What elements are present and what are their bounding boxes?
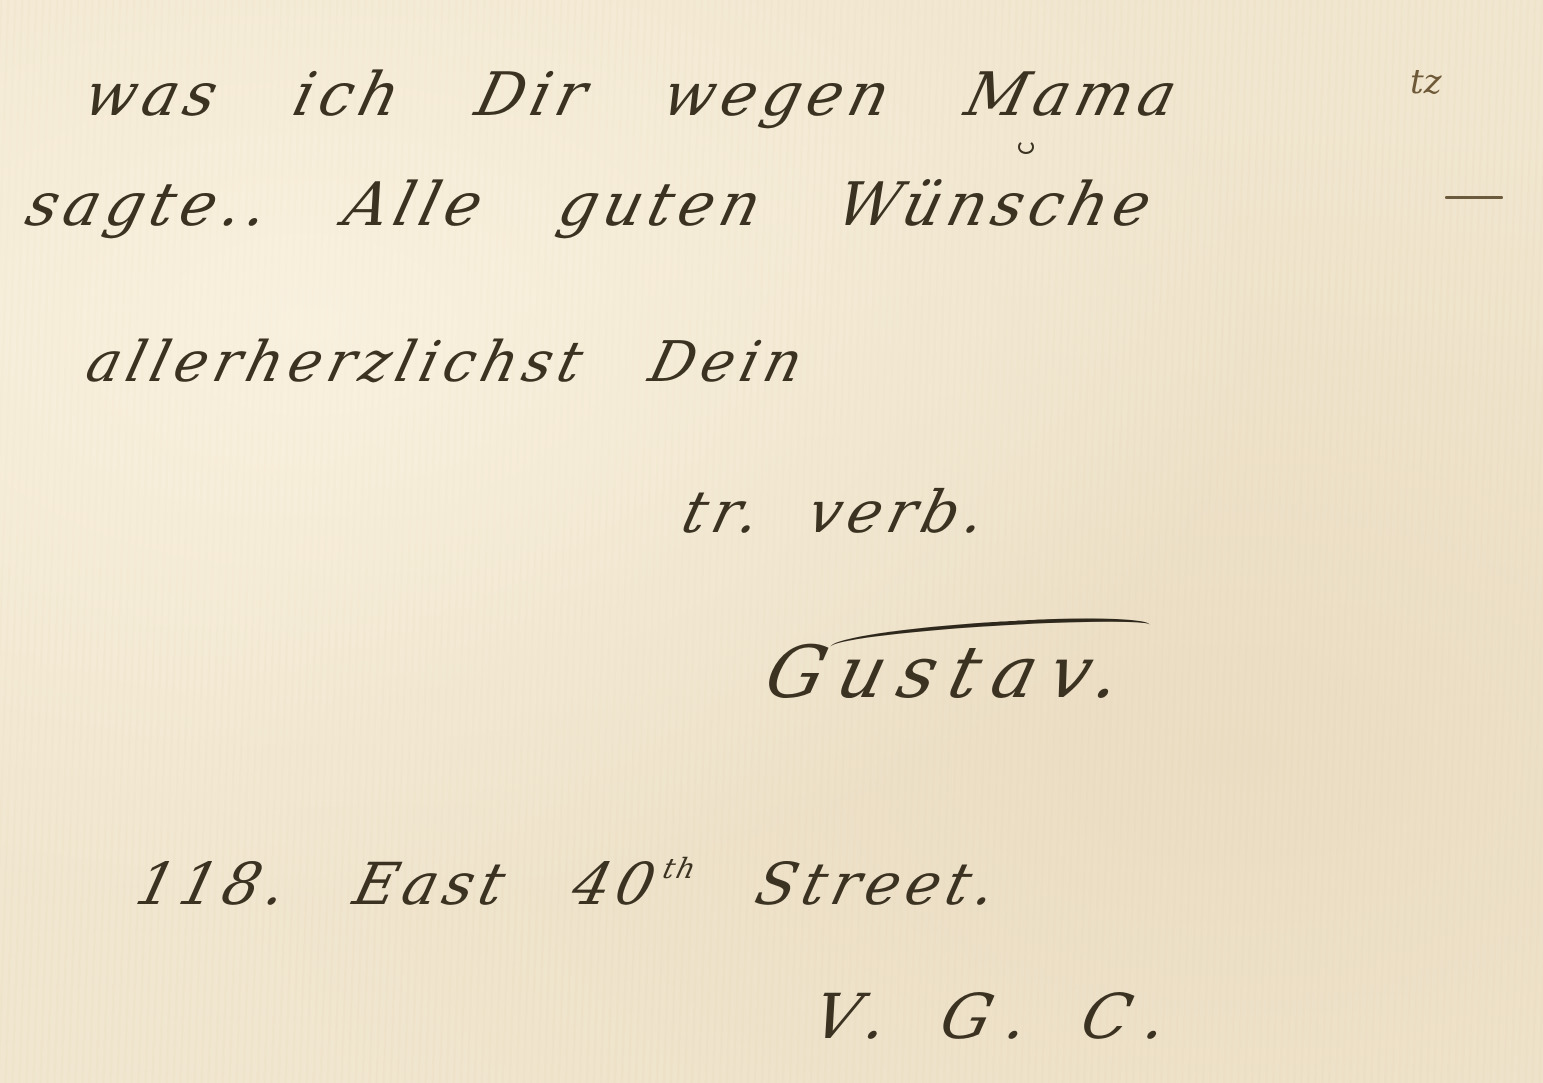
diacritic-ring-mark [1018, 140, 1034, 154]
address-number-street: 118. East 40 [130, 850, 669, 918]
letter-line-3: allerherzlichst Dein [80, 330, 815, 395]
letter-line-2: sagte.. Alle guten Wünsche [19, 170, 1164, 240]
letter-page: was ich Dir wegen Mama tz sagte.. Alle g… [0, 0, 1543, 1083]
signature: Gustav. [758, 630, 1145, 714]
address-ordinal-suffix: th [660, 852, 702, 885]
closing-phrase: tr. verb. [676, 478, 999, 546]
line-2-dash [1445, 196, 1503, 199]
line-1-correction: tz [1410, 62, 1442, 102]
address-line: 118. East 40th Street. [130, 850, 1010, 918]
address-street-word: Street. [749, 850, 1009, 918]
letter-line-1: was ich Dir wegen Mama [77, 60, 1189, 130]
closing-initials: V. G. C. [806, 980, 1193, 1053]
